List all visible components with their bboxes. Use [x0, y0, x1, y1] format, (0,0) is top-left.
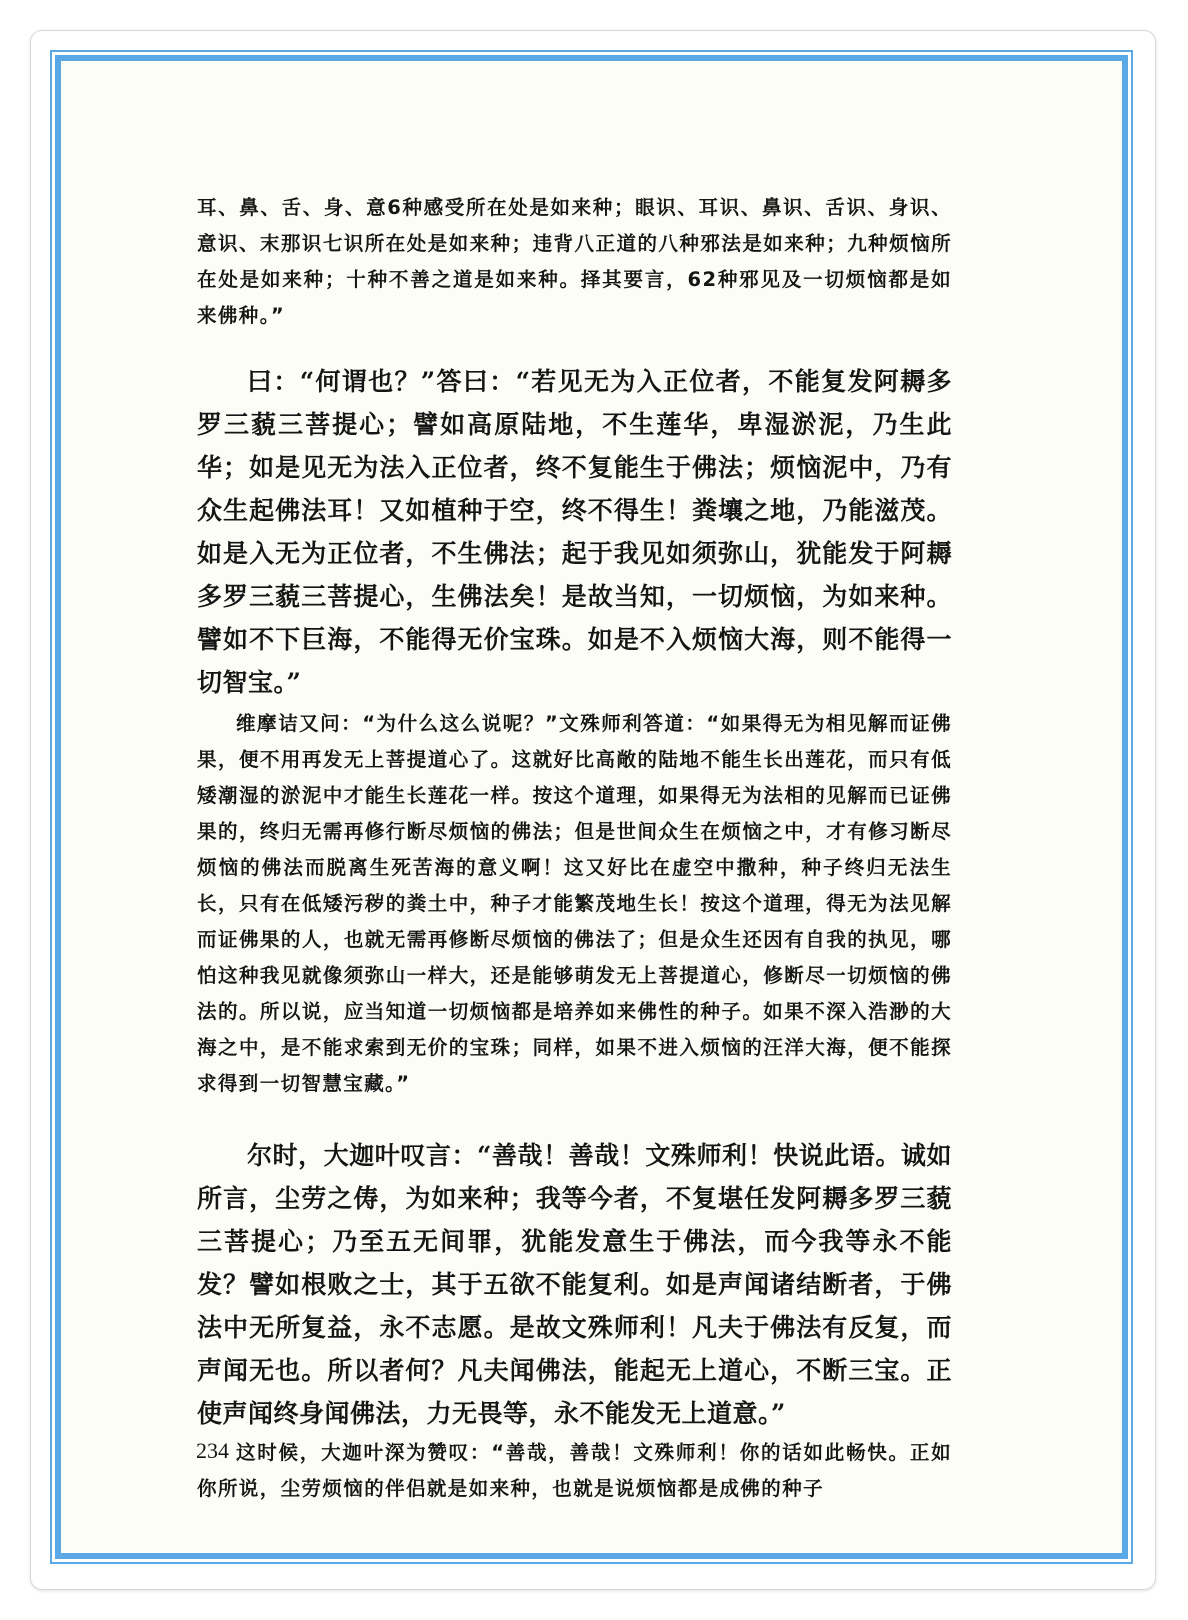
translation-paragraph: 这时候，大迦叶深为赞叹：“善哉，善哉！文殊师利！你的话如此畅快。正如你所说，尘劳… [197, 1435, 952, 1507]
translation-paragraph-continued: 耳、鼻、舌、身、意6种感受所在处是如来种；眼识、耳识、鼻识、舌识、身识、意识、末… [197, 190, 952, 334]
sutra-paragraph: 曰：“何谓也？”答曰：“若见无为入正位者，不能复发阿耨多罗三藐三菩提心；譬如高原… [197, 360, 952, 704]
page-number: 234 [196, 1438, 229, 1464]
translation-paragraph: 维摩诘又问：“为什么这么说呢？”文殊师利答道：“如果得无为相见解而证佛果，便不用… [197, 706, 952, 1102]
sutra-paragraph: 尔时，大迦叶叹言：“善哉！善哉！文殊师利！快说此语。诚如所言，尘劳之俦，为如来种… [197, 1134, 952, 1435]
book-page-body: 耳、鼻、舌、身、意6种感受所在处是如来种；眼识、耳识、鼻识、舌识、身识、意识、末… [197, 190, 952, 1507]
